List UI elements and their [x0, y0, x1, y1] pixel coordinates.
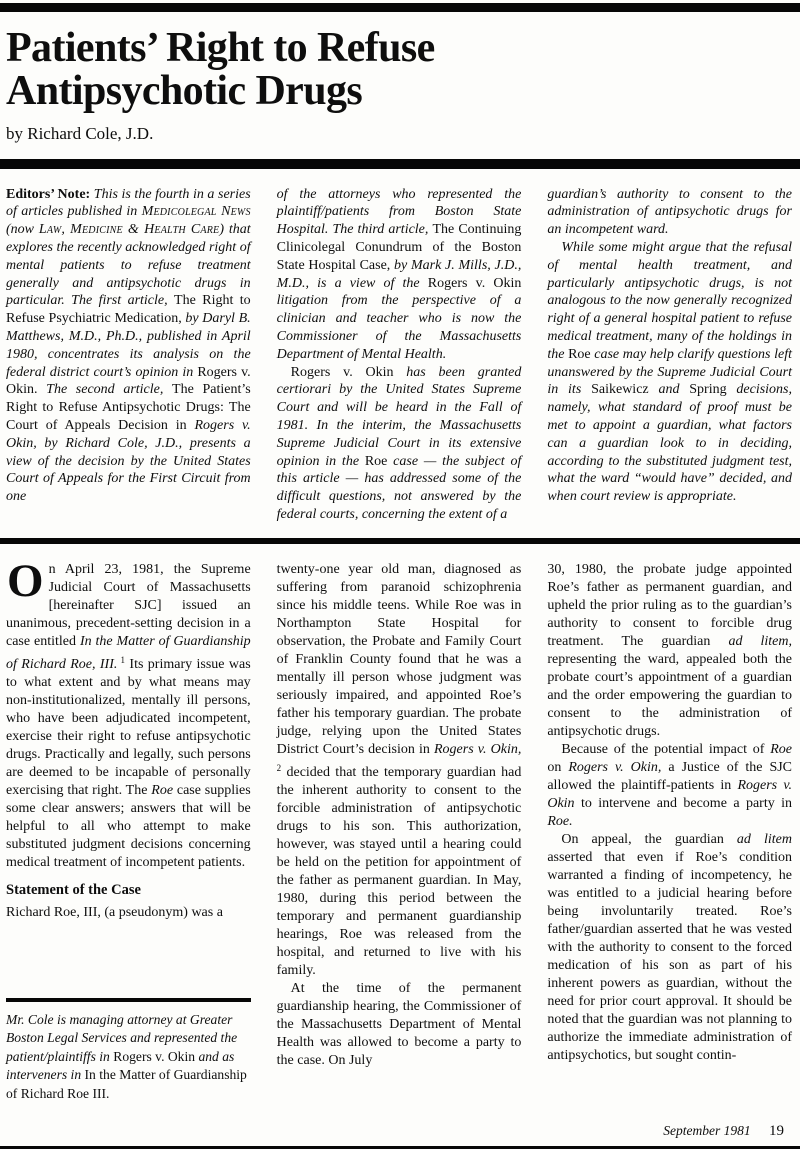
paragraph: Rogers v. Okin has been granted certiora…: [277, 364, 522, 524]
text-run: The second article,: [46, 382, 172, 397]
text-run: Roe: [365, 454, 388, 469]
text-run: Spring: [689, 382, 726, 397]
text-run: Law, Medicine & Health Care: [39, 222, 219, 237]
text-run: On appeal, the guardian: [561, 832, 737, 847]
text-run: Richard Roe, III, (a pseudonym) was a: [6, 905, 223, 920]
text-run: to intervene and become a party in: [575, 796, 792, 811]
editors-note-section: Editors’ Note: This is the fourth in a s…: [0, 169, 800, 538]
paragraph: On appeal, the guardian ad litem asserte…: [547, 831, 792, 1065]
footer-page-number: 19: [769, 1123, 784, 1139]
body-column-2: twenty-one year old man, diagnosed as su…: [277, 561, 522, 1106]
paragraph: Richard Roe, III, (a pseudonym) was a: [6, 904, 251, 922]
text-run: ad litem,: [728, 634, 792, 649]
text-run: decided that the temporary guardian had …: [277, 765, 522, 978]
drop-cap: O: [6, 561, 49, 598]
text-run: While some might argue that the refusal …: [547, 240, 792, 362]
paragraph: Because of the potential impact of Roe o…: [547, 741, 792, 831]
text-run: Rogers v. Okin: [291, 365, 394, 380]
text-run: asserted that even if Roe’s condition wa…: [547, 850, 792, 1063]
body-column-1: On April 23, 1981, the Supreme Judicial …: [6, 561, 251, 1106]
text-run: Because of the potential impact of: [561, 742, 770, 757]
text-run: ad litem: [737, 832, 792, 847]
author-bio-text: Mr. Cole is managing attorney at Greater…: [6, 1011, 251, 1104]
text-run: Roe.: [547, 814, 572, 829]
text-run: At the time of the permanent guardianshi…: [277, 981, 522, 1068]
top-rule: [0, 3, 800, 12]
journal-page: Patients’ Right to Refuse Antipsychotic …: [0, 0, 800, 1149]
text-run: and: [649, 382, 690, 397]
paragraph: Editors’ Note: This is the fourth in a s…: [6, 186, 251, 506]
paragraph: 30, 1980, the probate judge appointed Ro…: [547, 561, 792, 741]
author-bio-block: Mr. Cole is managing attorney at Greater…: [6, 998, 251, 1104]
text-run: guardian’s authority to consent to the a…: [547, 187, 792, 238]
byline: by Richard Cole, J.D.: [6, 124, 790, 144]
article-body-section: On April 23, 1981, the Supreme Judicial …: [0, 544, 800, 1106]
text-run: Saikewicz: [591, 382, 649, 397]
paragraph: guardian’s authority to consent to the a…: [547, 186, 792, 239]
text-run: Medicolegal News: [142, 204, 251, 219]
text-run: Roe: [568, 347, 591, 362]
bio-divider-rule: [6, 998, 251, 1002]
body-column-1-text: On April 23, 1981, the Supreme Judicial …: [6, 561, 251, 922]
text-run: Roe: [770, 742, 792, 757]
paragraph: While some might argue that the refusal …: [547, 239, 792, 506]
text-run: Rogers v. Okin: [428, 276, 522, 291]
text-run: decisions, namely, what standard of proo…: [547, 382, 792, 504]
body-column-3: 30, 1980, the probate judge appointed Ro…: [547, 561, 792, 1106]
editors-note-column-3: guardian’s authority to consent to the a…: [547, 186, 792, 538]
text-run: Rogers v. Okin: [113, 1049, 195, 1064]
paragraph: At the time of the permanent guardianshi…: [277, 980, 522, 1070]
header-rule: [0, 159, 800, 169]
text-run: Rogers v. Okin,: [434, 742, 521, 757]
text-run: twenty-one year old man, diagnosed as su…: [277, 562, 522, 757]
footer-issue-date: September 1981: [663, 1123, 750, 1138]
text-run: litigation from the perspective of a cli…: [277, 293, 522, 361]
editors-note-column-1: Editors’ Note: This is the fourth in a s…: [6, 186, 251, 538]
editors-note-column-2: of the attorneys who represented the pla…: [277, 186, 522, 538]
text-run: on: [547, 760, 568, 775]
article-title-line2: Antipsychotic Drugs: [6, 70, 790, 113]
section-heading: Statement of the Case: [6, 881, 251, 899]
text-run: Its primary issue was to what extent and…: [6, 657, 251, 798]
text-run: representing the ward, appealed both the…: [547, 652, 792, 739]
article-title-line1: Patients’ Right to Refuse: [6, 27, 790, 70]
paragraph: twenty-one year old man, diagnosed as su…: [277, 561, 522, 980]
text-run: Editors’ Note:: [6, 187, 94, 202]
article-header: Patients’ Right to Refuse Antipsychotic …: [0, 12, 800, 144]
text-run: Rogers v. Okin,: [568, 760, 661, 775]
page-footer: September 1981 19: [663, 1123, 784, 1140]
paragraph: On April 23, 1981, the Supreme Judicial …: [6, 561, 251, 872]
article-title: Patients’ Right to Refuse Antipsychotic …: [6, 27, 790, 113]
text-run: 1: [117, 655, 125, 665]
paragraph: of the attorneys who represented the pla…: [277, 186, 522, 364]
text-run: Roe: [151, 783, 173, 798]
text-run: (now: [6, 222, 39, 237]
